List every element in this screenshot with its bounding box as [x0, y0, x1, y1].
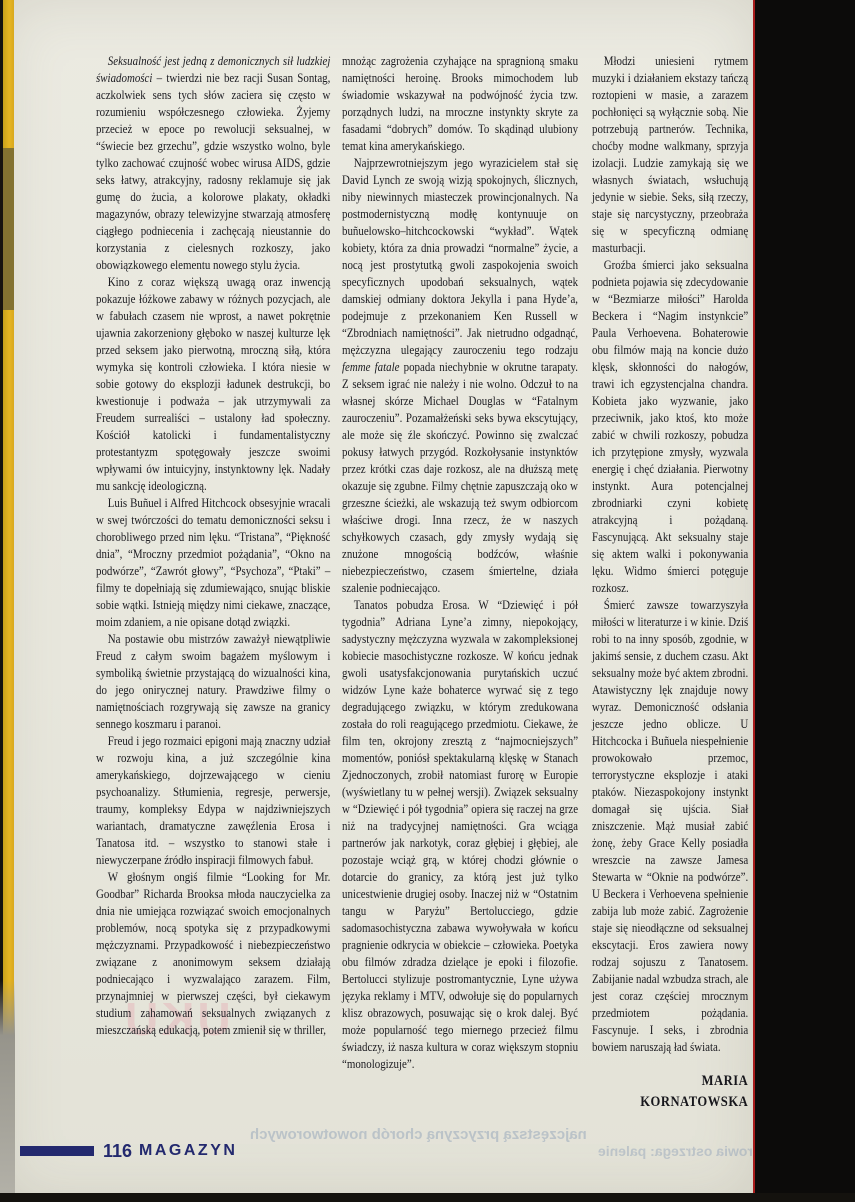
author-last-name: KORNATOWSKA: [592, 1092, 748, 1113]
article-paragraph: Luis Buñuel i Alfred Hitchcock obsesyjni…: [96, 494, 330, 630]
column-2-text: mnożąc zagrożenia czyhające na spragnion…: [342, 52, 578, 1072]
article-column-1: Seksualność jest jedną z demonicznych si…: [96, 52, 375, 1038]
page-footer: 116 MAGAZYN: [20, 1142, 237, 1160]
bleed-through-text: rowia ostrzega: palenie: [598, 1143, 753, 1159]
article-paragraph: Kino z coraz większą uwagą oraz inwencją…: [96, 273, 330, 494]
article-paragraph: Tanatos pobudza Erosa. W “Dziewięć i pół…: [342, 596, 578, 1072]
column-3-paragraphs: Młodzi uniesieni rytmem muzyki i działan…: [592, 52, 748, 1055]
column-1-text: Seksualność jest jedną z demonicznych si…: [96, 52, 330, 1038]
article-paragraph: W głośnym ongiś filmie “Looking for Mr. …: [96, 868, 330, 1038]
article-paragraph: mnożąc zagrożenia czyhające na spragnion…: [342, 52, 578, 154]
article-paragraph: Najprzewrotniejszym jego wyrazicielem st…: [342, 154, 578, 596]
article-paragraph: Śmierć zawsze towarzyszyła miłości w lit…: [592, 596, 748, 1055]
bleed-through-text: najczęstszą przyczyną chorób nowotworowy…: [250, 1126, 587, 1143]
article-paragraph: Freud i jego rozmaici epigoni mają znacz…: [96, 732, 330, 868]
page-number: 116: [103, 1141, 132, 1162]
magazine-logo: MAGAZYN: [139, 1142, 237, 1160]
author-first-name: MARIA: [592, 1071, 748, 1092]
author-byline: MARIA KORNATOWSKA: [592, 1071, 748, 1113]
article-paragraph: Groźba śmierci jako seksualna podnieta p…: [592, 256, 748, 596]
article-column-2: mnożąc zagrożenia czyhające na spragnion…: [342, 52, 623, 1072]
article-paragraph: Na postawie obu mistrzów zaważył niewątp…: [96, 630, 330, 732]
column-3-text: Młodzi uniesieni rytmem muzyki i działan…: [592, 52, 748, 1113]
left-film-strip-dark-segment: [3, 148, 14, 310]
article-paragraph: Seksualność jest jedną z demonicznych si…: [96, 52, 330, 273]
footer-bar: [20, 1146, 94, 1156]
article-paragraph: Młodzi uniesieni rytmem muzyki i działan…: [592, 52, 748, 256]
bottom-scan-edge: [0, 1193, 855, 1202]
left-strip-gray-fade: [0, 980, 15, 1202]
article-column-3: Młodzi uniesieni rytmem muzyki i działan…: [592, 52, 778, 1113]
